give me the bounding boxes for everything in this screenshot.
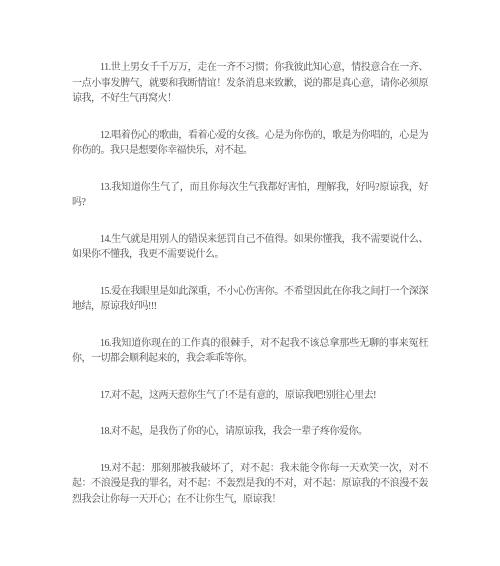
paragraph-16: 16.我知道你现在的工作真的很棘手，对不起我不该总拿那些无聊的事来冤枉你，一切都…	[72, 336, 428, 367]
paragraph-14: 14.生气就是用别人的错误来惩罚自己不值得。如果你懂我，我不需要说什么、如果你不…	[72, 232, 428, 263]
paragraph-18: 18.对不起，是我伤了你的心，请原谅我，我会一辈子疼你爱你。	[72, 424, 428, 440]
paragraph-17: 17.对不起，这两天惹你生气了!不是有意的，原谅我吧!别往心里去!	[72, 388, 428, 404]
paragraph-11: 11.世上男女千千万万，走在一齐不习惯；你我彼此知心意，情投意合在一齐、一点小事…	[72, 60, 428, 107]
paragraph-12: 12.唱着伤心的歌曲，看着心爱的女孩。心是为你伤的，歌是为你唱的，心是为你伤的。…	[72, 128, 428, 159]
content-area: 11.世上男女千千万万，走在一齐不习惯；你我彼此知心意，情投意合在一齐、一点小事…	[72, 0, 428, 507]
paragraph-19: 19.对不起：那刻那被我破坏了，对不起：我未能令你每一天欢笑一次，对不起：不浪漫…	[72, 461, 428, 508]
paragraph-15: 15.爱在我眼里是如此深重，不小心伤害你。不希望因此在你我之间打一个深深地结，原…	[72, 284, 428, 315]
paragraph-13: 13.我知道你生气了，而且你每次生气我都好害怕，理解我，好吗?原谅我，好吗?	[72, 180, 428, 211]
document-page: 11.世上男女千千万万，走在一齐不习惯；你我彼此知心意，情投意合在一齐、一点小事…	[0, 0, 500, 566]
